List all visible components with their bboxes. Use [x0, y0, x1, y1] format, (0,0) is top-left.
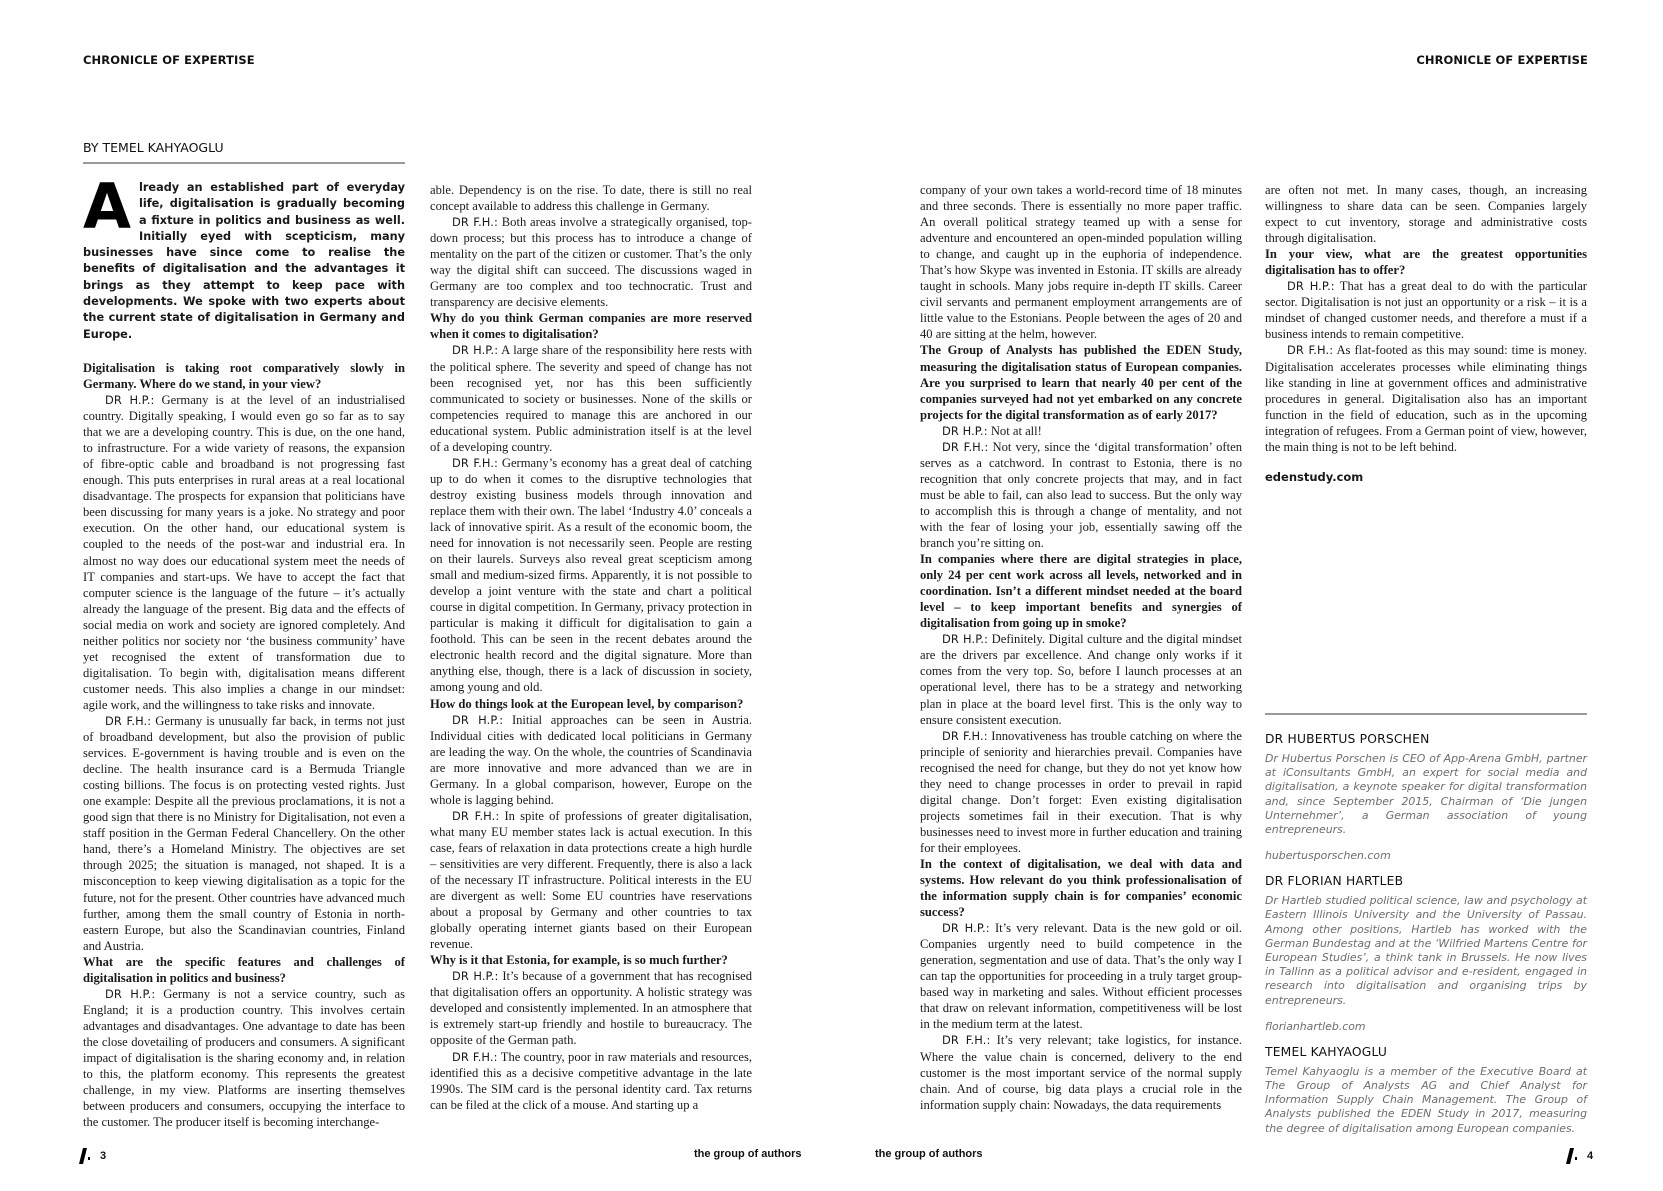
interview-answer: DR H.P.: Germany is at the level of an i… — [83, 392, 405, 713]
bio-name: TEMEL KAHYAOGLU — [1265, 1045, 1587, 1059]
bio-hartleb: DR FLORIAN HARTLEB Dr Hartleb studied po… — [1265, 874, 1587, 1033]
drop-cap: A — [83, 183, 131, 231]
page-number: 3 — [100, 1150, 106, 1162]
speaker-label: DR H.P.: — [942, 424, 988, 438]
speaker-label: DR F.H.: — [452, 809, 499, 823]
answer-text: Germany’s economy has a great deal of ca… — [430, 456, 752, 695]
speaker-label: DR F.H.: — [105, 714, 151, 728]
interview-answer: DR H.P.: That has a great deal to do wit… — [1265, 278, 1587, 342]
interview-answer: DR F.H.: It’s very relevant; take logist… — [920, 1032, 1242, 1112]
bio-text: Dr Hubertus Porschen is CEO of App-Arena… — [1265, 752, 1587, 837]
column-3-body: company of your own takes a world-record… — [920, 182, 1242, 1113]
interview-answer: DR H.P.: Not at all! — [920, 423, 1242, 439]
speaker-label: DR H.P.: — [1287, 279, 1335, 293]
answer-text: As flat-footed as this may sound: time i… — [1265, 343, 1587, 453]
footer-folio-right: 4 — [1565, 1148, 1593, 1164]
running-head-left: CHRONICLE OF EXPERTISE — [83, 53, 255, 67]
interview-answer: DR H.P.: Germany is not a service countr… — [83, 986, 405, 1130]
answer-text: Not at all! — [991, 424, 1042, 438]
interview-question: What are the specific features and chall… — [83, 954, 405, 986]
interview-answer: DR H.P.: A large share of the responsibi… — [430, 342, 752, 454]
answer-text: A large share of the responsibility here… — [430, 343, 752, 453]
bio-text: Dr Hartleb studied political science, la… — [1265, 894, 1587, 1008]
interview-answer: DR F.H.: As flat-footed as this may soun… — [1265, 342, 1587, 454]
speaker-label: DR F.H.: — [942, 729, 988, 743]
footer-brand-left: the group of authors — [694, 1148, 802, 1160]
interview-question: Why is it that Estonia, for example, is … — [430, 952, 752, 968]
interview-question: In the context of digitalisation, we dea… — [920, 856, 1242, 920]
bio-porschen: DR HUBERTUS PORSCHEN Dr Hubertus Porsche… — [1265, 732, 1587, 862]
bio-url-link[interactable]: florianhartleb.com — [1265, 1020, 1587, 1033]
interview-question: In your view, what are the greatest oppo… — [1265, 246, 1587, 278]
answer-text: Innovativeness has trouble catching on w… — [920, 729, 1242, 855]
speaker-label: DR F.H.: — [452, 215, 498, 229]
speaker-label: DR H.P.: — [452, 969, 498, 983]
continued-paragraph: are often not met. In many cases, though… — [1265, 182, 1587, 246]
column-1: Already an established part of everyday … — [83, 180, 405, 1130]
interview-answer: DR F.H.: Innovativeness has trouble catc… — [920, 728, 1242, 856]
study-link[interactable]: edenstudy.com — [1265, 469, 1587, 485]
column-3: company of your own takes a world-record… — [920, 182, 1242, 1113]
column-1-body: Digitalisation is taking root comparativ… — [83, 360, 405, 1130]
answer-text: Germany is at the level of an industrial… — [83, 393, 405, 712]
bio-text: Temel Kahyaoglu is a member of the Execu… — [1265, 1065, 1587, 1136]
bio-name: DR FLORIAN HARTLEB — [1265, 874, 1587, 888]
speaker-label: DR F.H.: — [452, 456, 498, 470]
continued-paragraph: able. Dependency is on the rise. To date… — [430, 182, 752, 214]
bio-url-link[interactable]: hubertusporschen.com — [1265, 849, 1587, 862]
answer-text: Definitely. Digital culture and the digi… — [920, 632, 1242, 726]
interview-answer: DR F.H.: Not very, since the ‘digital tr… — [920, 439, 1242, 551]
interview-answer: DR H.P.: It’s because of a government th… — [430, 968, 752, 1048]
interview-question: How do things look at the European level… — [430, 696, 752, 712]
interview-answer: DR F.H.: Both areas involve a strategica… — [430, 214, 752, 310]
lead-paragraph: Already an established part of everyday … — [83, 180, 405, 343]
answer-text: It’s very relevant. Data is the new gold… — [920, 921, 1242, 1031]
footer-folio-left: 3 — [78, 1148, 106, 1164]
slash-logo-icon — [78, 1148, 92, 1164]
column-2-body: able. Dependency is on the rise. To date… — [430, 182, 752, 1113]
interview-question: In companies where there are digital str… — [920, 551, 1242, 631]
speaker-label: DR H.P.: — [105, 987, 155, 1001]
page-number: 4 — [1587, 1150, 1593, 1162]
running-head-right: CHRONICLE OF EXPERTISE — [1416, 53, 1588, 67]
bio-name: DR HUBERTUS PORSCHEN — [1265, 732, 1587, 746]
speaker-label: DR H.P.: — [942, 632, 988, 646]
interview-question: Digitalisation is taking root comparativ… — [83, 360, 405, 392]
interview-question: Why do you think German companies are mo… — [430, 310, 752, 342]
interview-question: The Group of Analysts has published the … — [920, 342, 1242, 422]
answer-text: Germany is unusually far back, in terms … — [83, 714, 405, 953]
column-4: are often not met. In many cases, though… — [1265, 182, 1587, 485]
speaker-label: DR H.P.: — [942, 921, 990, 935]
speaker-label: DR H.P.: — [105, 393, 155, 407]
answer-text: In spite of professions of greater digit… — [430, 809, 752, 951]
answer-text: Germany is not a service country, such a… — [83, 987, 405, 1129]
footer-brand-right: the group of authors — [875, 1148, 983, 1160]
interview-answer: DR H.P.: Definitely. Digital culture and… — [920, 631, 1242, 727]
interview-answer: DR H.P.: It’s very relevant. Data is the… — [920, 920, 1242, 1032]
answer-text: Not very, since the ‘digital transformat… — [920, 440, 1242, 550]
speaker-label: DR F.H.: — [1287, 343, 1333, 357]
speaker-label: DR H.P.: — [452, 343, 498, 357]
answer-text: Both areas involve a strategically organ… — [430, 215, 752, 309]
slash-logo-icon — [1565, 1148, 1579, 1164]
column-2: able. Dependency is on the rise. To date… — [430, 182, 752, 1113]
speaker-label: DR F.H.: — [452, 1050, 498, 1064]
bio-kahyaoglu: TEMEL KAHYAOGLU Temel Kahyaoglu is a mem… — [1265, 1045, 1587, 1136]
speaker-label: DR F.H.: — [942, 1033, 990, 1047]
lead-text: lready an established part of everyday l… — [83, 181, 405, 341]
author-bios: DR HUBERTUS PORSCHEN Dr Hubertus Porsche… — [1265, 713, 1587, 1148]
speaker-label: DR F.H.: — [942, 440, 988, 454]
column-4-body: are often not met. In many cases, though… — [1265, 182, 1587, 455]
interview-answer: DR F.H.: In spite of professions of grea… — [430, 808, 752, 952]
interview-answer: DR F.H.: The country, poor in raw materi… — [430, 1049, 752, 1113]
byline: BY TEMEL KAHYAOGLU — [83, 140, 405, 164]
interview-answer: DR H.P.: Initial approaches can be seen … — [430, 712, 752, 808]
continued-paragraph: company of your own takes a world-record… — [920, 182, 1242, 342]
speaker-label: DR H.P.: — [452, 713, 503, 727]
interview-answer: DR F.H.: Germany is unusually far back, … — [83, 713, 405, 954]
interview-answer: DR F.H.: Germany’s economy has a great d… — [430, 455, 752, 696]
